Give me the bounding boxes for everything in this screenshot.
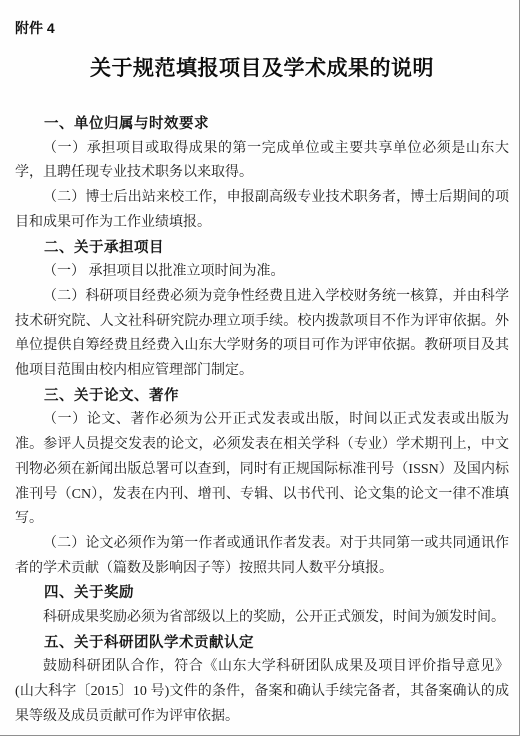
section-heading-2: 二、关于承担项目 [15,236,509,261]
scanned-document-view: 附件 4 关于规范填报项目及学术成果的说明 一、单位归属与时效要求 （一）承担项… [0,0,524,740]
paragraph: （一）承担项目或取得成果的第一完成单位或主要共享单位必须是山东大学，且聘任现专业… [15,137,509,186]
attachment-label: 附件 4 [15,20,509,36]
paragraph: （一） 承担项目以批准立项时间为准。 [15,260,509,285]
paragraph: 鼓励科研团队合作，符合《山东大学科研团队成果及项目评价指导意见》(山大科字〔20… [15,655,509,729]
section-heading-1: 一、单位归属与时效要求 [15,112,509,137]
paragraph: （二）论文必须作为第一作者或通讯作者发表。对于共同第一或共同通讯作者的学术贡献（… [15,532,509,581]
paragraph: （一）论文、著作必须为公开正式发表或出版，时间以正式发表或出版为准。参评人员提交… [15,408,509,532]
paragraph: 科研成果奖励必须为省部级以上的奖励，公开正式颁发，时间为颁发时间。 [15,606,509,631]
document-body: 一、单位归属与时效要求 （一）承担项目或取得成果的第一完成单位或主要共享单位必须… [15,112,509,730]
paragraph: （二）博士后出站来校工作，申报副高级专业技术职务者，博士后期间的项目和成果可作为… [15,186,509,235]
section-heading-3: 三、关于论文、著作 [15,384,509,409]
document-title: 关于规范填报项目及学术成果的说明 [15,56,509,80]
section-heading-4: 四、关于奖励 [15,581,509,606]
section-heading-5: 五、关于科研团队学术贡献认定 [15,631,509,656]
document-page: 附件 4 关于规范填报项目及学术成果的说明 一、单位归属与时效要求 （一）承担项… [0,0,520,736]
paragraph: （二）科研项目经费必须为竞争性经费且进入学校财务统一核算，并由科学技术研究院、人… [15,285,509,384]
